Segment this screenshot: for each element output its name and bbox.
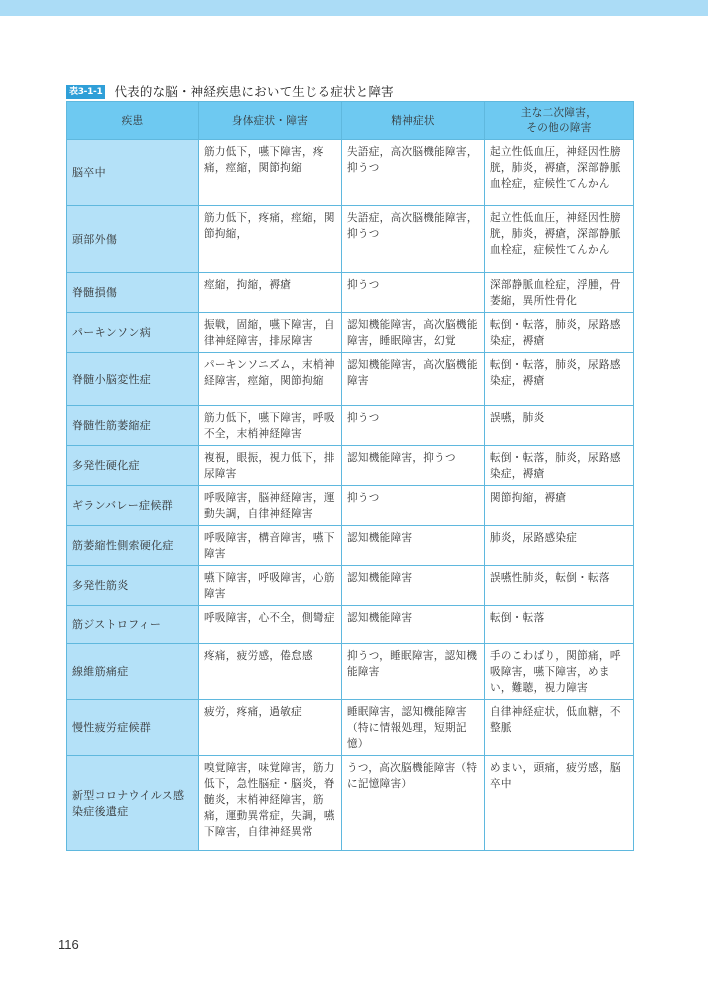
physical-symptoms-cell: 筋力低下，疼痛，痙縮，関節拘縮， <box>199 206 342 273</box>
physical-symptoms-cell: 複視，眼振，視力低下，排尿障害 <box>199 446 342 486</box>
table-caption: 表3-1-1 代表的な脳・神経疾患において生じる症状と障害 <box>66 84 394 100</box>
table-row: 線維筋痛症疼痛，疲労感，倦怠感抑うつ，睡眠障害，認知機能障害手のこわばり，関節痛… <box>67 644 634 700</box>
disease-cell: 筋萎縮性側索硬化症 <box>67 526 199 566</box>
mental-symptoms-cell: 抑うつ <box>342 486 485 526</box>
table-row: 脊髄小脳変性症パーキンソニズム，末梢神経障害，痙縮，関節拘縮認知機能障害，高次脳… <box>67 353 634 406</box>
secondary-disorders-cell: 関節拘縮，褥瘡 <box>485 486 634 526</box>
table-row: 脊髄性筋萎縮症筋力低下，嚥下障害，呼吸不全，末梢神経障害抑うつ誤嚥，肺炎 <box>67 406 634 446</box>
physical-symptoms-cell: 呼吸障害，脳神経障害，運動失調，自律神経障害 <box>199 486 342 526</box>
table-row: パーキンソン病振戦，固縮，嚥下障害，自律神経障害，排尿障害認知機能障害，高次脳機… <box>67 313 634 353</box>
physical-symptoms-cell: 嚥下障害，呼吸障害，心筋障害 <box>199 566 342 606</box>
mental-symptoms-cell: 認知機能障害，高次脳機能障害 <box>342 353 485 406</box>
mental-symptoms-cell: 抑うつ，睡眠障害，認知機能障害 <box>342 644 485 700</box>
table-row: 筋ジストロフィー呼吸障害，心不全，側彎症認知機能障害転倒・転落 <box>67 606 634 644</box>
physical-symptoms-cell: 呼吸障害，構音障害，嚥下障害 <box>199 526 342 566</box>
secondary-disorders-cell: 手のこわばり，関節痛，呼吸障害，嚥下障害，めまい，難聴，視力障害 <box>485 644 634 700</box>
secondary-disorders-cell: 転倒・転落，肺炎，尿路感染症，褥瘡 <box>485 446 634 486</box>
mental-symptoms-cell: 認知機能障害，高次脳機能障害，睡眠障害，幻覚 <box>342 313 485 353</box>
disease-cell: 脊髄小脳変性症 <box>67 353 199 406</box>
mental-symptoms-cell: 抑うつ <box>342 273 485 313</box>
physical-symptoms-cell: パーキンソニズム，末梢神経障害，痙縮，関節拘縮 <box>199 353 342 406</box>
disease-cell: 脊髄性筋萎縮症 <box>67 406 199 446</box>
mental-symptoms-cell: 認知機能障害，抑うつ <box>342 446 485 486</box>
secondary-disorders-cell: 転倒・転落，肺炎，尿路感染症，褥瘡 <box>485 313 634 353</box>
physical-symptoms-cell: 疼痛，疲労感，倦怠感 <box>199 644 342 700</box>
table-body: 脳卒中筋力低下，嚥下障害，疼痛，痙縮，関節拘縮失語症，高次脳機能障害，抑うつ起立… <box>67 140 634 851</box>
secondary-disorders-cell: めまい，頭痛，疲労感，脳卒中 <box>485 756 634 851</box>
top-band <box>0 0 708 16</box>
disease-cell: 脊髄損傷 <box>67 273 199 313</box>
mental-symptoms-cell: 失語症，高次脳機能障害，抑うつ <box>342 206 485 273</box>
column-header-mental: 精神症状 <box>342 102 485 140</box>
column-header-disease: 疾患 <box>67 102 199 140</box>
disease-cell: ギランバレー症候群 <box>67 486 199 526</box>
disease-cell: 新型コロナウイルス感染症後遺症 <box>67 756 199 851</box>
page-number: 116 <box>58 937 79 952</box>
disease-cell: 多発性硬化症 <box>67 446 199 486</box>
secondary-disorders-cell: 起立性低血圧，神経因性膀胱，肺炎，褥瘡，深部静脈血栓症，症候性てんかん <box>485 206 634 273</box>
table-row: 脳卒中筋力低下，嚥下障害，疼痛，痙縮，関節拘縮失語症，高次脳機能障害，抑うつ起立… <box>67 140 634 206</box>
mental-symptoms-cell: うつ，高次脳機能障害（特に記憶障害） <box>342 756 485 851</box>
physical-symptoms-cell: 筋力低下，嚥下障害，疼痛，痙縮，関節拘縮 <box>199 140 342 206</box>
physical-symptoms-cell: 振戦，固縮，嚥下障害，自律神経障害，排尿障害 <box>199 313 342 353</box>
disease-cell: 筋ジストロフィー <box>67 606 199 644</box>
physical-symptoms-cell: 呼吸障害，心不全，側彎症 <box>199 606 342 644</box>
disease-cell: パーキンソン病 <box>67 313 199 353</box>
table-row: 新型コロナウイルス感染症後遺症嗅覚障害，味覚障害，筋力低下，急性脳症・脳炎，脊髄… <box>67 756 634 851</box>
table-row: 筋萎縮性側索硬化症呼吸障害，構音障害，嚥下障害認知機能障害肺炎，尿路感染症 <box>67 526 634 566</box>
secondary-disorders-cell: 深部静脈血栓症，浮腫，骨萎縮，異所性骨化 <box>485 273 634 313</box>
table-row: 頭部外傷筋力低下，疼痛，痙縮，関節拘縮，失語症，高次脳機能障害，抑うつ起立性低血… <box>67 206 634 273</box>
column-header-physical: 身体症状・障害 <box>199 102 342 140</box>
mental-symptoms-cell: 抑うつ <box>342 406 485 446</box>
table-title: 代表的な脳・神経疾患において生じる症状と障害 <box>114 84 393 100</box>
secondary-disorders-cell: 転倒・転落，肺炎，尿路感染症，褥瘡 <box>485 353 634 406</box>
table-header-row: 疾患 身体症状・障害 精神症状 主な二次障害， その他の障害 <box>67 102 634 140</box>
table-row: 慢性疲労症候群疲労，疼痛，過敏症睡眠障害，認知機能障害（特に情報処理，短期記憶）… <box>67 700 634 756</box>
secondary-disorders-cell: 肺炎，尿路感染症 <box>485 526 634 566</box>
mental-symptoms-cell: 失語症，高次脳機能障害，抑うつ <box>342 140 485 206</box>
physical-symptoms-cell: 嗅覚障害，味覚障害，筋力低下，急性脳症・脳炎，脊髄炎，末梢神経障害，筋痛，運動異… <box>199 756 342 851</box>
table-row: 多発性硬化症複視，眼振，視力低下，排尿障害認知機能障害，抑うつ転倒・転落，肺炎，… <box>67 446 634 486</box>
physical-symptoms-cell: 痙縮，拘縮，褥瘡 <box>199 273 342 313</box>
table-row: 多発性筋炎嚥下障害，呼吸障害，心筋障害認知機能障害誤嚥性肺炎，転倒・転落 <box>67 566 634 606</box>
table-row: ギランバレー症候群呼吸障害，脳神経障害，運動失調，自律神経障害抑うつ関節拘縮，褥… <box>67 486 634 526</box>
mental-symptoms-cell: 認知機能障害 <box>342 526 485 566</box>
table-row: 脊髄損傷痙縮，拘縮，褥瘡抑うつ深部静脈血栓症，浮腫，骨萎縮，異所性骨化 <box>67 273 634 313</box>
physical-symptoms-cell: 筋力低下，嚥下障害，呼吸不全，末梢神経障害 <box>199 406 342 446</box>
disease-cell: 多発性筋炎 <box>67 566 199 606</box>
disease-cell: 脳卒中 <box>67 140 199 206</box>
physical-symptoms-cell: 疲労，疼痛，過敏症 <box>199 700 342 756</box>
secondary-disorders-cell: 自律神経症状，低血糖，不整脈 <box>485 700 634 756</box>
table-number-badge: 表3-1-1 <box>66 85 105 99</box>
symptoms-table: 疾患 身体症状・障害 精神症状 主な二次障害， その他の障害 脳卒中筋力低下，嚥… <box>66 101 634 851</box>
disease-cell: 慢性疲労症候群 <box>67 700 199 756</box>
mental-symptoms-cell: 認知機能障害 <box>342 606 485 644</box>
mental-symptoms-cell: 認知機能障害 <box>342 566 485 606</box>
secondary-disorders-cell: 転倒・転落 <box>485 606 634 644</box>
disease-cell: 線維筋痛症 <box>67 644 199 700</box>
mental-symptoms-cell: 睡眠障害，認知機能障害（特に情報処理，短期記憶） <box>342 700 485 756</box>
column-header-secondary: 主な二次障害， その他の障害 <box>485 102 634 140</box>
secondary-disorders-cell: 起立性低血圧，神経因性膀胱，肺炎，褥瘡，深部静脈血栓症，症候性てんかん <box>485 140 634 206</box>
secondary-disorders-cell: 誤嚥，肺炎 <box>485 406 634 446</box>
secondary-disorders-cell: 誤嚥性肺炎，転倒・転落 <box>485 566 634 606</box>
disease-cell: 頭部外傷 <box>67 206 199 273</box>
